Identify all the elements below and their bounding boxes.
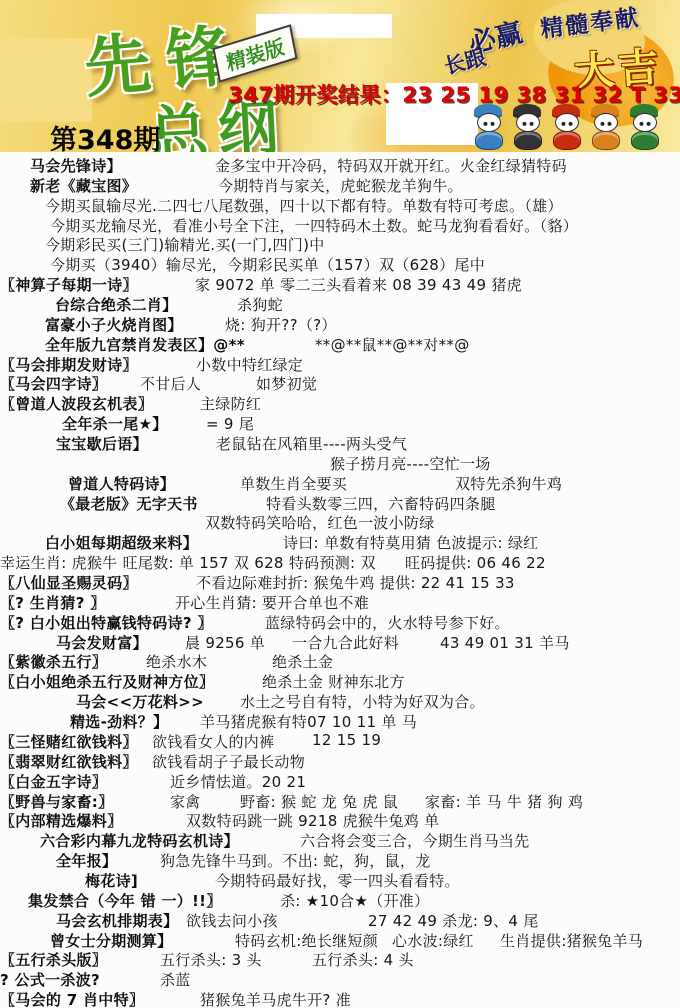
line-label: 白小姐每期超级来料】 [45, 532, 198, 553]
mascot-row [470, 102, 670, 152]
line-label: 〖五行杀头版〗 [0, 949, 107, 970]
line-text: 诗曰: 单数有特莫用猜 色波提示: 绿红 [283, 532, 538, 553]
masthead: 先锋 总纲 精装版 必赢 精髓奉献 长跟 大吉 第348期 347期开奖结果：2… [0, 0, 680, 152]
text-line: 富豪小子火烧肖图】烧: 狗开??（?） [0, 313, 680, 333]
line-label: 马会发财富】 [56, 632, 148, 653]
text-line: 幸运生肖: 虎猴牛 旺尾数: 单 157 双 628 特码预测: 双旺码提供: … [0, 551, 680, 571]
text-line: 马会发财富】晨 9256 单一合九合此好料43 49 01 31 羊马 [0, 631, 680, 651]
line-text: 近乡情怯道。20 21 [170, 771, 306, 792]
mascot-flame-icon [548, 104, 584, 150]
mascot-face [477, 113, 501, 132]
line-text: 绝杀土金 财神东北方 [262, 671, 405, 692]
line-text: 家畜: 羊 马 牛 猪 狗 鸡 [425, 791, 583, 812]
line-text: 猴子捞月亮----空忙一场 [330, 453, 491, 474]
line-text: 水土之号自有特，小特为好双为合。 [240, 691, 485, 712]
line-label: 〖紫徽杀五行〗 [0, 651, 107, 672]
line-label: 〖? 白小姐出特赢钱特码诗? 〗 [0, 612, 213, 633]
text-line: 六合彩内幕九龙特码玄机诗】六合将会变三合，今期生肖马当先 [0, 829, 680, 849]
text-line: 〖野兽与家畜:〗家禽野畜: 猴 蛇 龙 兔 虎 鼠家畜: 羊 马 牛 猪 狗 鸡 [0, 790, 680, 810]
text-line: 曾道人特码诗】单数生肖全要买双特先杀狗牛鸡 [0, 472, 680, 492]
text-line: 马会先锋诗】金多宝中开冷码，特码双开就开红。火金红绿猜特码 [0, 154, 680, 174]
text-line: 新老《藏宝图》今期特肖与家关，虎蛇猴龙羊狗牛。 [0, 174, 680, 194]
line-label: 〖马会排期发财诗〗 [0, 354, 138, 375]
line-label: 马会先锋诗】 [30, 155, 122, 176]
text-line: 〖三怪赌红欲钱料〗欲钱看女人的内裤12 15 19 [0, 730, 680, 750]
text-line: 梅花诗]今期特码最好找，零一四头看看特。 [0, 869, 680, 889]
line-text: 双特先杀狗牛鸡 [455, 473, 562, 494]
mascot-body [475, 131, 503, 150]
line-label: 〖马会四字诗〗 [0, 373, 107, 394]
text-line: 〖神算子每期一诗〗家 9072 单 零二三头看着来 08 39 43 49 猪虎 [0, 273, 680, 293]
text-line: 曾女士分期测算】特码玄机:绝长继短颜心水波:绿红生肖提供:猪猴兔羊马 [0, 929, 680, 949]
mascot-face [555, 113, 579, 132]
previous-draw-result: 347期开奖结果：23 25 19 38 31 32 T 33 [228, 79, 680, 109]
line-label: 〖? 生肖猜? 〗 [0, 592, 106, 613]
line-text: 主绿防红 [200, 393, 261, 414]
line-label: 富豪小子火烧肖图】 [45, 314, 183, 335]
mascot-green-icon [626, 104, 662, 150]
text-line: 〖曾道人波段玄机表〗主绿防红 [0, 392, 680, 412]
line-text: 六合将会变三合，今期生肖马当先 [300, 830, 530, 851]
line-label: 六合彩内幕九龙特码玄机诗】 [40, 830, 239, 851]
line-text: 老鼠钻在风箱里----两头受气 [216, 433, 407, 454]
text-line: 全年杀一尾★】= 9 尾 [0, 412, 680, 432]
text-line: 白小姐每期超级来料】诗曰: 单数有特莫用猜 色波提示: 绿红 [0, 531, 680, 551]
line-label: 〖内部精选爆料〗 [0, 810, 122, 831]
line-text: 旺码提供: 06 46 22 [405, 552, 546, 573]
text-line: 〖马会排期发财诗〗小数中特红绿定 [0, 353, 680, 373]
text-line: 今期买龙输尽光，看准小号全下注，一四特码木土数。蛇马龙狗看看好。（貉） [0, 214, 680, 234]
mascot-panda-icon [509, 104, 545, 150]
line-text: 双数特码笑哈哈，红色一波小防绿 [205, 512, 435, 533]
line-text: 金多宝中开冷码，特码双开就开红。火金红绿猜特码 [215, 155, 567, 176]
line-text: 特看头数零三四，六畜特码四条腿 [266, 493, 496, 514]
line-text: 欲钱看女人的内裤 [152, 731, 274, 752]
line-text: 双数特码跳一跳 9218 虎猴牛兔鸡 单 [186, 810, 439, 831]
text-line: 〖紫徽杀五行〗绝杀水木绝杀土金 [0, 650, 680, 670]
line-text: 今期买龙输尽光，看准小号全下注，一四特码木土数。蛇马龙狗看看好。（貉） [50, 215, 578, 236]
line-label: 集发禁合（今年 错 一）!!〗 [28, 890, 222, 911]
line-label: 〖野兽与家畜:〗 [0, 791, 113, 812]
line-text: 绝杀水木 [146, 651, 207, 672]
line-text: 家禽 [170, 791, 201, 812]
line-text: 五行杀头: 4 头 [312, 949, 414, 970]
mascot-body [553, 131, 581, 150]
text-line: 全年报】狗急先锋牛马到。不出: 蛇，狗，鼠，龙 [0, 849, 680, 869]
line-label: 〖神算子每期一诗〗 [0, 274, 138, 295]
line-label: 〖曾道人波段玄机表〗 [0, 393, 153, 414]
mascot-face [633, 113, 657, 132]
text-line: 马会<<万花料>>水土之号自有特，小特为好双为合。 [0, 690, 680, 710]
text-line: 〖白小姐绝杀五行及财神方位〗绝杀土金 财神东北方 [0, 670, 680, 690]
line-text: 特码玄机:绝长继短颜 [235, 930, 378, 951]
text-line: 精选-劲料？】羊马猪虎猴有特07 10 11 单 马 [0, 710, 680, 730]
text-line: 今期买（3940）输尽光，今期彩民买单（157）双（628）尾中 [0, 253, 680, 273]
line-label: 全年版九宫禁肖发表区】@** [45, 334, 245, 355]
line-text: 幸运生肖: 虎猴牛 旺尾数: 单 157 双 628 特码预测: 双 [0, 552, 376, 573]
text-line: 马会玄机排期表】欲钱去问小孩27 42 49 杀龙: 9、4 尾 [0, 909, 680, 929]
text-line: 台综合绝杀二肖】杀狗蛇 [0, 293, 680, 313]
line-text: 羊马猪虎猴有特07 10 11 单 马 [200, 711, 417, 732]
mascot-face [594, 113, 618, 132]
line-label: 宝宝歇后语】 [56, 433, 148, 454]
line-text: 今期买鼠输尽光.二四七八尾数强，四十以下都有特。单数有特可考虑。（雄） [45, 195, 563, 216]
text-line: 全年版九宫禁肖发表区】@****@**鼠**@**对**@ [0, 333, 680, 353]
text-line: 〖? 白小姐出特赢钱特码诗? 〗蓝绿特码会中的，火水特号参下好。 [0, 611, 680, 631]
line-text: 晨 9256 单 [185, 632, 265, 653]
line-label: 新老《藏宝图》 [30, 175, 137, 196]
line-text: 27 42 49 杀龙: 9、4 尾 [368, 910, 539, 931]
line-text: 不甘后人 [140, 373, 201, 394]
line-label: 〖白金五字诗〗 [0, 771, 107, 792]
line-text: 绝杀土金 [272, 651, 333, 672]
line-text: 单数生肖全要买 [240, 473, 347, 494]
line-label: 曾道人特码诗】 [68, 473, 175, 494]
text-line: 猴子捞月亮----空忙一场 [0, 452, 680, 472]
line-text: 杀狗蛇 [237, 294, 283, 315]
slogan-changgen: 长跟 [441, 41, 489, 80]
line-text: 一合九合此好料 [292, 632, 399, 653]
line-text: 狗急先锋牛马到。不出: 蛇，狗，鼠，龙 [160, 850, 431, 871]
content-lines: 马会先锋诗】金多宝中开冷码，特码双开就开红。火金红绿猜特码新老《藏宝图》今期特肖… [0, 154, 680, 1008]
text-line: 〖白金五字诗〗近乡情怯道。20 21 [0, 770, 680, 790]
line-text: 今期彩民买(三门)输精光.买(一门,四门)中 [45, 234, 325, 255]
mascot-blue-icon [470, 104, 506, 150]
mascot-face [516, 113, 540, 132]
line-text: 不看边际难封折: 猴兔牛鸡 提供: 22 41 15 33 [196, 572, 515, 593]
line-label: 〖马会的 7 肖中特〗 [0, 989, 144, 1008]
issue-number: 第348期 [50, 118, 160, 152]
line-label: 台综合绝杀二肖】 [55, 294, 177, 315]
line-label: 精选-劲料？】 [70, 711, 168, 732]
line-text: 43 49 01 31 羊马 [440, 632, 570, 653]
line-label: 马会<<万花料>> [76, 691, 204, 712]
mascot-body [514, 131, 542, 150]
line-text: = 9 尾 [206, 413, 254, 434]
text-line: 〖内部精选爆料〗双数特码跳一跳 9218 虎猴牛兔鸡 单 [0, 809, 680, 829]
text-line: 〖翡翠财红欲钱料〗欲钱看胡子子最长动物 [0, 750, 680, 770]
text-line: 〖马会的 7 肖中特〗猪猴兔羊马虎牛开? 准 [0, 988, 680, 1008]
text-line: 双数特码笑哈哈，红色一波小防绿 [0, 511, 680, 531]
line-text: 猪猴兔羊马虎牛开? 准 [200, 989, 351, 1008]
line-text: 欲钱去问小孩 [186, 910, 278, 931]
tip-sheet-page: 先锋 总纲 精装版 必赢 精髓奉献 长跟 大吉 第348期 347期开奖结果：2… [0, 0, 680, 1008]
line-label: 〖三怪赌红欲钱料〗 [0, 731, 138, 752]
text-line: 今期彩民买(三门)输精光.买(一门,四门)中 [0, 233, 680, 253]
text-line: 《最老版》无字天书特看头数零三四，六畜特码四条腿 [0, 492, 680, 512]
line-label: 《最老版》无字天书 [60, 493, 198, 514]
text-line: 集发禁合（今年 错 一）!!〗杀: ★10合★（开准） [0, 889, 680, 909]
mascot-body [631, 131, 659, 150]
line-text: 五行杀头: 3 头 [160, 949, 262, 970]
line-text: 小数中特红绿定 [196, 354, 303, 375]
line-text: 蓝绿特码会中的，火水特号参下好。 [265, 612, 510, 633]
line-text: 心水波:绿红 [392, 930, 474, 951]
text-line: 〖八仙显圣赐灵码〗不看边际难封折: 猴兔牛鸡 提供: 22 41 15 33 [0, 571, 680, 591]
text-line: 今期买鼠输尽光.二四七八尾数强，四十以下都有特。单数有特可考虑。（雄） [0, 194, 680, 214]
line-text: 今期特肖与家关，虎蛇猴龙羊狗牛。 [218, 175, 463, 196]
line-text: 如梦初觉 [256, 373, 317, 394]
line-text: 杀蓝 [160, 969, 191, 990]
line-label: 〖翡翠财红欲钱料〗 [0, 751, 138, 772]
line-label: ? 公式一杀波? [0, 969, 100, 990]
line-text: 12 15 19 [312, 731, 381, 749]
text-line: 〖? 生肖猜? 〗开心生肖猜: 要开合单也不难 [0, 591, 680, 611]
text-line: ? 公式一杀波?杀蓝 [0, 968, 680, 988]
line-label: 全年报】 [56, 850, 117, 871]
line-text: 开心生肖猜: 要开合单也不难 [175, 592, 369, 613]
line-text: 家 9072 单 零二三头看着来 08 39 43 49 猪虎 [195, 274, 522, 295]
text-line: 宝宝歇后语】老鼠钻在风箱里----两头受气 [0, 432, 680, 452]
line-label: 〖八仙显圣赐灵码〗 [0, 572, 138, 593]
background-patch [0, 38, 92, 122]
text-line: 〖马会四字诗〗不甘后人如梦初觉 [0, 372, 680, 392]
line-label: 全年杀一尾★】 [62, 413, 168, 434]
line-label: 〖白小姐绝杀五行及财神方位〗 [0, 671, 214, 692]
line-text: 杀: ★10合★（开准） [280, 890, 429, 911]
line-text: **@**鼠**@**对**@ [315, 334, 470, 355]
line-text: 欲钱看胡子子最长动物 [152, 751, 305, 772]
line-text: 生肖提供:猪猴兔羊马 [500, 930, 643, 951]
line-label: 马会玄机排期表】 [56, 910, 178, 931]
line-label: 梅花诗] [85, 870, 138, 891]
mascot-orange-icon [587, 104, 623, 150]
line-label: 曾女士分期测算】 [50, 930, 172, 951]
line-text: 今期特码最好找，零一四头看看特。 [215, 870, 460, 891]
line-text: 野畜: 猴 蛇 龙 兔 虎 鼠 [240, 791, 398, 812]
line-text: 烧: 狗开??（?） [225, 314, 337, 335]
text-line: 〖五行杀头版〗五行杀头: 3 头五行杀头: 4 头 [0, 948, 680, 968]
line-text: 今期买（3940）输尽光，今期彩民买单（157）双（628）尾中 [50, 254, 485, 275]
mascot-body [592, 131, 620, 150]
